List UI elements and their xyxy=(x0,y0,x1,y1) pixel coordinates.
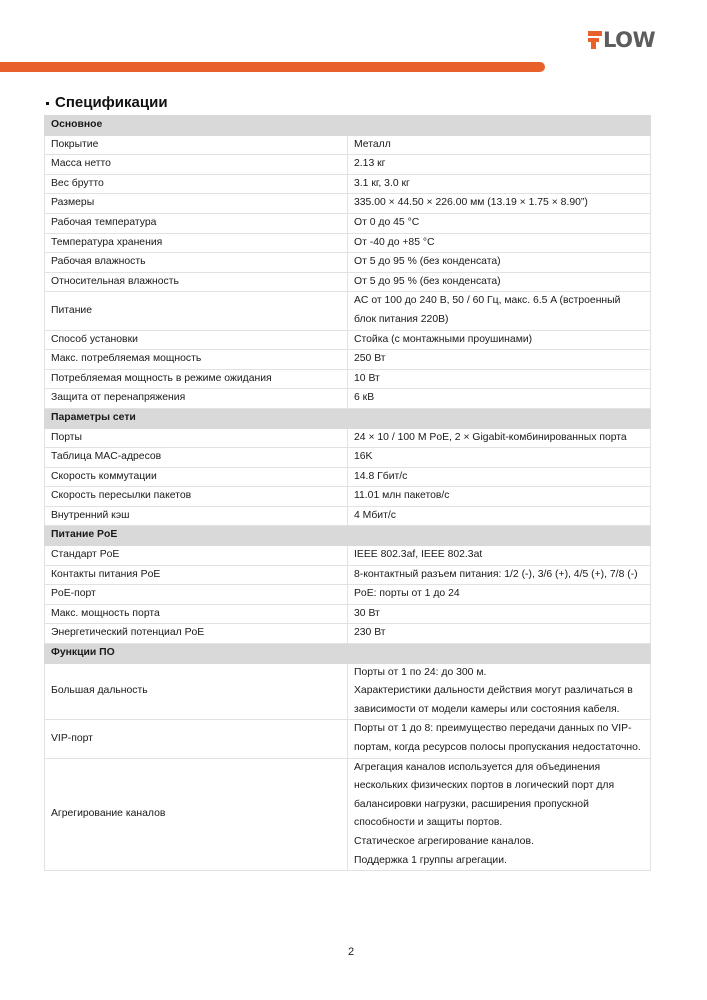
table-row: Макс. мощность порта30 Вт xyxy=(45,604,651,624)
spec-value-line: Стойка (с монтажными проушинами) xyxy=(354,331,644,350)
table-group-header: Функции ПО xyxy=(45,644,651,664)
spec-key: Контакты питания PoE xyxy=(45,565,348,585)
spec-value-line: От 5 до 95 % (без конденсата) xyxy=(354,253,644,272)
table-row: Контакты питания PoE8-контактный разъем … xyxy=(45,565,651,585)
spec-value-line: 6 кВ xyxy=(354,389,644,408)
spec-key: Макс. потребляемая мощность xyxy=(45,350,348,370)
spec-key: Макс. мощность порта xyxy=(45,604,348,624)
table-row: ПитаниеAC от 100 до 240 В, 50 / 60 Гц, м… xyxy=(45,292,651,330)
spec-value-line: От -40 до +85 °C xyxy=(354,234,644,253)
table-row: Стандарт PoEIEEE 802.3af, IEEE 802.3at xyxy=(45,546,651,566)
spec-value: Металл xyxy=(348,135,651,155)
spec-value-line: 335.00 × 44.50 × 226.00 мм (13.19 × 1.75… xyxy=(354,194,644,213)
section-heading: Спецификации xyxy=(46,94,168,111)
table-row: Рабочая температураОт 0 до 45 °C xyxy=(45,213,651,233)
spec-value: 335.00 × 44.50 × 226.00 мм (13.19 × 1.75… xyxy=(348,194,651,214)
table-row: Потребляемая мощность в режиме ожидания1… xyxy=(45,369,651,389)
spec-key: Порты xyxy=(45,428,348,448)
spec-value-line: 10 Вт xyxy=(354,370,644,389)
specifications-table: ОсновноеПокрытиеМеталлМасса нетто2.13 кг… xyxy=(44,115,651,871)
table-row: Большая дальностьПорты от 1 по 24: до 30… xyxy=(45,663,651,720)
spec-value-line: Агрегация каналов используется для объед… xyxy=(354,759,644,833)
spec-key: Таблица MAC-адресов xyxy=(45,448,348,468)
spec-key: Размеры xyxy=(45,194,348,214)
table-row: Энергетический потенциал PoE230 Вт xyxy=(45,624,651,644)
spec-value-line: 24 × 10 / 100 M PoE, 2 × Gigabit-комбини… xyxy=(354,429,644,448)
spec-key: Агрегирование каналов xyxy=(45,758,348,871)
spec-key: Питание xyxy=(45,292,348,330)
spec-value-line: 11.01 млн пакетов/с xyxy=(354,487,644,506)
spec-key: Защита от перенапряжения xyxy=(45,389,348,409)
table-row: Рабочая влажностьОт 5 до 95 % (без конде… xyxy=(45,253,651,273)
spec-value: 16K xyxy=(348,448,651,468)
table-row: Температура храненияОт -40 до +85 °C xyxy=(45,233,651,253)
spec-key: Рабочая температура xyxy=(45,213,348,233)
group-title: Основное xyxy=(45,116,651,136)
logo-text: LOW xyxy=(603,31,655,49)
table-row: ПокрытиеМеталл xyxy=(45,135,651,155)
logo-f-mark-icon xyxy=(588,31,602,49)
spec-key: Внутренний кэш xyxy=(45,506,348,526)
table-row: Порты24 × 10 / 100 M PoE, 2 × Gigabit-ко… xyxy=(45,428,651,448)
spec-value-line: От 5 до 95 % (без конденсата) xyxy=(354,273,644,292)
spec-value: 2.13 кг xyxy=(348,155,651,175)
table-group-header: Основное xyxy=(45,116,651,136)
spec-key: Способ установки xyxy=(45,330,348,350)
spec-key: Скорость коммутации xyxy=(45,467,348,487)
spec-value: От 5 до 95 % (без конденсата) xyxy=(348,253,651,273)
spec-value-line: Статическое агрегирование каналов. xyxy=(354,833,644,852)
spec-value-line: IEEE 802.3af, IEEE 802.3at xyxy=(354,546,644,565)
spec-key: Энергетический потенциал PoE xyxy=(45,624,348,644)
spec-value: 4 Мбит/с xyxy=(348,506,651,526)
spec-value-line: 2.13 кг xyxy=(354,155,644,174)
spec-value-line: Порты от 1 до 8: преимущество передачи д… xyxy=(354,720,644,757)
spec-value-line: 230 Вт xyxy=(354,624,644,643)
table-row: Размеры335.00 × 44.50 × 226.00 мм (13.19… xyxy=(45,194,651,214)
page-number: 2 xyxy=(348,946,354,958)
spec-value-line: 16K xyxy=(354,448,644,467)
spec-key: Рабочая влажность xyxy=(45,253,348,273)
spec-value: IEEE 802.3af, IEEE 802.3at xyxy=(348,546,651,566)
spec-value-line: 8-контактный разъем питания: 1/2 (-), 3/… xyxy=(354,566,644,585)
spec-value: 30 Вт xyxy=(348,604,651,624)
flow-logo: LOW xyxy=(588,27,655,49)
bullet-icon xyxy=(46,102,49,105)
spec-value: 230 Вт xyxy=(348,624,651,644)
table-row: Внутренний кэш4 Мбит/с xyxy=(45,506,651,526)
table-row: Макс. потребляемая мощность250 Вт xyxy=(45,350,651,370)
spec-key: Большая дальность xyxy=(45,663,348,720)
table-row: VIP-портПорты от 1 до 8: преимущество пе… xyxy=(45,720,651,758)
table-row: Способ установкиСтойка (с монтажными про… xyxy=(45,330,651,350)
section-title: Спецификации xyxy=(55,94,168,111)
table-row: Вес брутто3.1 кг, 3.0 кг xyxy=(45,174,651,194)
spec-key: Стандарт PoE xyxy=(45,546,348,566)
spec-value: Порты от 1 по 24: до 300 м.Характеристик… xyxy=(348,663,651,720)
spec-value: От -40 до +85 °C xyxy=(348,233,651,253)
spec-value-line: 250 Вт xyxy=(354,350,644,369)
table-group-header: Параметры сети xyxy=(45,408,651,428)
spec-value: 14.8 Гбит/с xyxy=(348,467,651,487)
group-title: Функции ПО xyxy=(45,644,651,664)
spec-value: PoE: порты от 1 до 24 xyxy=(348,585,651,605)
table-group-header: Питание PoE xyxy=(45,526,651,546)
spec-value: От 0 до 45 °C xyxy=(348,213,651,233)
group-title: Параметры сети xyxy=(45,408,651,428)
spec-key: PoE-порт xyxy=(45,585,348,605)
spec-key: Потребляемая мощность в режиме ожидания xyxy=(45,369,348,389)
spec-value: 10 Вт xyxy=(348,369,651,389)
group-title: Питание PoE xyxy=(45,526,651,546)
table-row: Скорость пересылки пакетов11.01 млн паке… xyxy=(45,487,651,507)
spec-value: AC от 100 до 240 В, 50 / 60 Гц, макс. 6.… xyxy=(348,292,651,330)
spec-value-line: 30 Вт xyxy=(354,605,644,624)
header-accent-bar xyxy=(0,62,545,72)
table-row: Относительная влажностьОт 5 до 95 % (без… xyxy=(45,272,651,292)
spec-value: 250 Вт xyxy=(348,350,651,370)
table-row: Масса нетто2.13 кг xyxy=(45,155,651,175)
table-row: Защита от перенапряжения6 кВ xyxy=(45,389,651,409)
spec-value: 8-контактный разъем питания: 1/2 (-), 3/… xyxy=(348,565,651,585)
spec-value: 11.01 млн пакетов/с xyxy=(348,487,651,507)
spec-value-line: Поддержка 1 группы агрегации. xyxy=(354,852,644,871)
spec-key: Масса нетто xyxy=(45,155,348,175)
table-row: Скорость коммутации14.8 Гбит/с xyxy=(45,467,651,487)
table-row: PoE-портPoE: порты от 1 до 24 xyxy=(45,585,651,605)
spec-value-line: 4 Мбит/с xyxy=(354,507,644,526)
spec-value: Стойка (с монтажными проушинами) xyxy=(348,330,651,350)
spec-value-line: Металл xyxy=(354,136,644,155)
spec-key: VIP-порт xyxy=(45,720,348,758)
spec-value: От 5 до 95 % (без конденсата) xyxy=(348,272,651,292)
table-row: Таблица MAC-адресов16K xyxy=(45,448,651,468)
table-row: Агрегирование каналовАгрегация каналов и… xyxy=(45,758,651,871)
spec-value-line: 3.1 кг, 3.0 кг xyxy=(354,175,644,194)
spec-key: Скорость пересылки пакетов xyxy=(45,487,348,507)
spec-value-line: Порты от 1 по 24: до 300 м. xyxy=(354,664,644,683)
spec-key: Относительная влажность xyxy=(45,272,348,292)
spec-value-line: 14.8 Гбит/с xyxy=(354,468,644,487)
spec-key: Вес брутто xyxy=(45,174,348,194)
spec-value: 24 × 10 / 100 M PoE, 2 × Gigabit-комбини… xyxy=(348,428,651,448)
spec-value-line: PoE: порты от 1 до 24 xyxy=(354,585,644,604)
spec-value-line: Характеристики дальности действия могут … xyxy=(354,682,644,719)
spec-value: Порты от 1 до 8: преимущество передачи д… xyxy=(348,720,651,758)
spec-value-line: От 0 до 45 °C xyxy=(354,214,644,233)
spec-value-line: AC от 100 до 240 В, 50 / 60 Гц, макс. 6.… xyxy=(354,292,644,329)
spec-value: 6 кВ xyxy=(348,389,651,409)
spec-key: Температура хранения xyxy=(45,233,348,253)
spec-value: Агрегация каналов используется для объед… xyxy=(348,758,651,871)
spec-value: 3.1 кг, 3.0 кг xyxy=(348,174,651,194)
spec-key: Покрытие xyxy=(45,135,348,155)
